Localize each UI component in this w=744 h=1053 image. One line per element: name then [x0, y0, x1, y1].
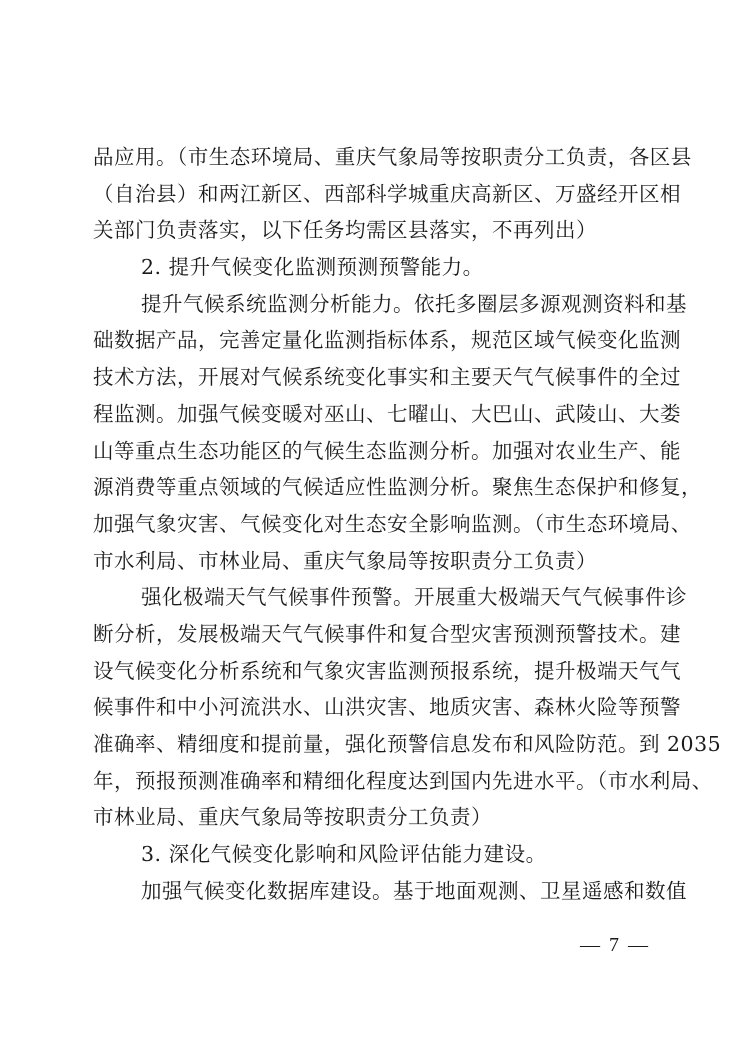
section-heading-2: 2. 提升气候变化监测预测预警能力。: [93, 249, 653, 286]
text-line-11: 加强气象灾害、气候变化对生态安全影响监测。（市生态环境局、: [93, 506, 653, 543]
text-line-3: 关部门负责落实，以下任务均需区县落实，不再列出）: [93, 212, 653, 249]
document-page: 品应用。（市生态环境局、重庆气象局等按职责分工负责，各区县 （自治县）和两江新区…: [0, 0, 744, 1053]
text-line-17: 准确率、精细度和提前量，强化预警信息发布和风险防范。到 2035: [93, 726, 653, 763]
text-line-15: 设气候变化分析系统和气象灾害监测预报系统，提升极端天气气: [93, 653, 653, 690]
text-line-6: 础数据产品，完善定量化监测指标体系，规范区域气候变化监测: [93, 322, 653, 359]
body-text: 品应用。（市生态环境局、重庆气象局等按职责分工负责，各区县 （自治县）和两江新区…: [93, 139, 653, 909]
text-line-8: 程监测。加强气候变暖对巫山、七曜山、大巴山、武陵山、大娄: [93, 396, 653, 433]
text-line-13: 强化极端天气气候事件预警。开展重大极端天气气候事件诊: [93, 579, 653, 616]
text-line-10: 源消费等重点领域的气候适应性监测分析。聚焦生态保护和修复，: [93, 469, 653, 506]
text-line-14: 断分析，发展极端天气气候事件和复合型灾害预测预警技术。建: [93, 616, 653, 653]
text-line-7: 技术方法，开展对气候系统变化事实和主要天气气候事件的全过: [93, 359, 653, 396]
text-line-9: 山等重点生态功能区的气候生态监测分析。加强对农业生产、能: [93, 433, 653, 470]
page-number: — 7 —: [560, 934, 670, 957]
text-line-21: 加强气候变化数据库建设。基于地面观测、卫星遥感和数值: [93, 873, 653, 910]
text-line-5: 提升气候系统监测分析能力。依托多圈层多源观测资料和基: [93, 286, 653, 323]
section-heading-3: 3. 深化气候变化影响和风险评估能力建设。: [93, 836, 653, 873]
text-line-18: 年，预报预测准确率和精细化程度达到国内先进水平。（市水利局、: [93, 763, 653, 800]
text-line-12: 市水利局、市林业局、重庆气象局等按职责分工负责）: [93, 543, 653, 580]
text-line-1: 品应用。（市生态环境局、重庆气象局等按职责分工负责，各区县: [93, 139, 653, 176]
text-line-2: （自治县）和两江新区、西部科学城重庆高新区、万盛经开区相: [93, 176, 653, 213]
text-line-16: 候事件和中小河流洪水、山洪灾害、地质灾害、森林火险等预警: [93, 689, 653, 726]
text-line-19: 市林业局、重庆气象局等按职责分工负责）: [93, 799, 653, 836]
